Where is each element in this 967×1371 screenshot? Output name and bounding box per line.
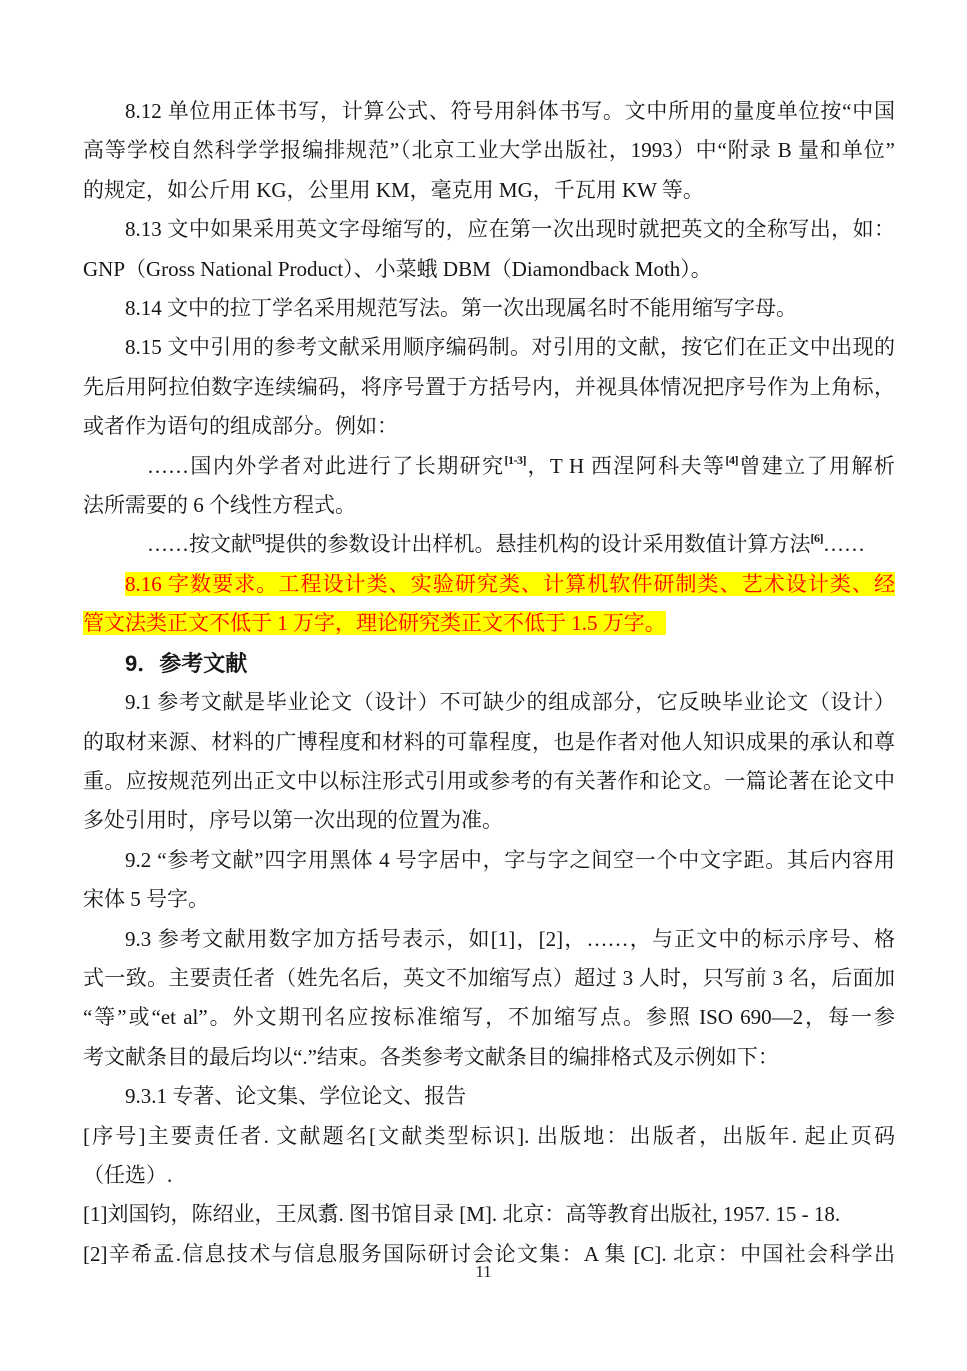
text-line: 8.12 单位用正体书写，计算公式、符号用斜体书写。文中所用的量度单位按“中国 (83, 92, 895, 131)
para-8-14: 8.14 文中的拉丁学名采用规范写法。第一次出现属名时不能用缩写字母。 (83, 289, 895, 328)
text-line-content: （任选）. (83, 1163, 172, 1187)
text-line: 法所需要的 6 个线性方程式。 (83, 486, 895, 525)
text-line-content: 8.16 字数要求。工程设计类、实验研究类、计算机软件研制类、艺术设计类、经 (125, 572, 895, 596)
text-line: 9.3.1 专著、论文集、学位论文、报告 (83, 1077, 895, 1116)
text-line: 8.14 文中的拉丁学名采用规范写法。第一次出现属名时不能用缩写字母。 (83, 289, 895, 328)
example-citation-1: ……国内外学者对此进行了长期研究[1-3]，T H 西涅阿科夫等[4]曾建立了用… (83, 447, 895, 526)
text-line-content: 重。应按规范列出正文中以标注形式引用或参考的有关著作和论文。一篇论著在论文中 (83, 769, 895, 793)
text-line: ……国内外学者对此进行了长期研究[1-3]，T H 西涅阿科夫等[4]曾建立了用… (83, 447, 895, 486)
text-line-content: 9．参考文献 (125, 651, 247, 676)
text-line-content: 先后用阿拉伯数字连续编码，将序号置于方括号内，并视具体情况把序号作为上角标， (83, 375, 895, 399)
text-line: 的取材来源、材料的广博程度和材料的可靠程度，也是作者对他人知识成果的承认和尊 (83, 723, 895, 762)
text-line: 9．参考文献 (83, 644, 895, 683)
citation-superscript: [4] (725, 453, 738, 467)
reference-format-spec: [序号]主要责任者. 文献题名[文献类型标识]. 出版地：出版者，出版年. 起止… (83, 1117, 895, 1196)
text-line-content: 法所需要的 6 个线性方程式。 (83, 493, 356, 517)
document-body: 8.12 单位用正体书写，计算公式、符号用斜体书写。文中所用的量度单位按“中国高… (83, 92, 895, 1274)
text-line-content: ……国内外学者对此进行了长期研究[1-3]，T H 西涅阿科夫等[4]曾建立了用… (147, 454, 895, 478)
citation-superscript: [1-3] (505, 453, 527, 467)
text-line-content: GNP（Gross National Product）、小菜蛾 DBM（Diam… (83, 257, 712, 281)
text-line-content: 8.13 文中如果采用英文字母缩写的，应在第一次出现时就把英文的全称写出，如： (125, 217, 895, 241)
text-line-content: 的规定，如公斤用 KG，公里用 KM，毫克用 MG，千瓦用 KW 等。 (83, 178, 704, 202)
para-8-12: 8.12 单位用正体书写，计算公式、符号用斜体书写。文中所用的量度单位按“中国高… (83, 92, 895, 210)
text-line-content: [1]刘国钧，陈绍业，王凤翥. 图书馆目录 [M]. 北京：高等教育出版社, 1… (83, 1202, 840, 1226)
text-line: 管文法类正文不低于 1 万字，理论研究类正文不低于 1.5 万字。 (83, 604, 895, 643)
text-line: 多处引用时，序号以第一次出现的位置为准。 (83, 801, 895, 840)
page-number: 11 (0, 1262, 967, 1282)
text-line: [1]刘国钧，陈绍业，王凤翥. 图书馆目录 [M]. 北京：高等教育出版社, 1… (83, 1195, 895, 1234)
example-citation-2: ……按文献[5]提供的参数设计出样机。悬挂机构的设计采用数值计算方法[6]…… (83, 525, 895, 564)
text-line-content: 宋体 5 号字。 (83, 887, 209, 911)
text-line-content: 9.3.1 专著、论文集、学位论文、报告 (125, 1084, 466, 1108)
text-line: 或者作为语句的组成部分。例如： (83, 407, 895, 446)
text-line-content: 多处引用时，序号以第一次出现的位置为准。 (83, 808, 503, 832)
text-line-content: “等”或“et al”。外文期刊名应按标准缩写，不加缩写点。参照 ISO 690… (83, 1005, 895, 1029)
text-line: “等”或“et al”。外文期刊名应按标准缩写，不加缩写点。参照 ISO 690… (83, 998, 895, 1037)
document-page: 8.12 单位用正体书写，计算公式、符号用斜体书写。文中所用的量度单位按“中国高… (0, 0, 967, 1371)
text-line-content: 9.1 参考文献是毕业论文（设计）不可缺少的组成部分，它反映毕业论文（设计） (125, 690, 895, 714)
text-line: 8.16 字数要求。工程设计类、实验研究类、计算机软件研制类、艺术设计类、经 (83, 565, 895, 604)
text-line: 重。应按规范列出正文中以标注形式引用或参考的有关著作和论文。一篇论著在论文中 (83, 762, 895, 801)
text-line: 高等学校自然科学学报编排规范”（北京工业大学出版社，1993）中“附录 B 量和… (83, 131, 895, 170)
text-line-content: 8.15 文中引用的参考文献采用顺序编码制。对引用的文献，按它们在正文中出现的 (125, 335, 895, 359)
text-line: ……按文献[5]提供的参数设计出样机。悬挂机构的设计采用数值计算方法[6]…… (83, 525, 895, 564)
text-line-content: 管文法类正文不低于 1 万字，理论研究类正文不低于 1.5 万字。 (83, 611, 666, 635)
para-8-13: 8.13 文中如果采用英文字母缩写的，应在第一次出现时就把英文的全称写出，如：G… (83, 210, 895, 289)
text-line: 8.15 文中引用的参考文献采用顺序编码制。对引用的文献，按它们在正文中出现的 (83, 328, 895, 367)
text-line: 8.13 文中如果采用英文字母缩写的，应在第一次出现时就把英文的全称写出，如： (83, 210, 895, 249)
para-8-16-highlighted: 8.16 字数要求。工程设计类、实验研究类、计算机软件研制类、艺术设计类、经管文… (83, 565, 895, 644)
text-line-content: 的取材来源、材料的广博程度和材料的可靠程度，也是作者对他人知识成果的承认和尊 (83, 730, 895, 754)
text-line-content: 9.3 参考文献用数字加方括号表示，如[1]，[2]，……，与正文中的标示序号、… (125, 927, 895, 951)
citation-superscript: [5] (252, 531, 265, 545)
text-line: 9.1 参考文献是毕业论文（设计）不可缺少的组成部分，它反映毕业论文（设计） (83, 683, 895, 722)
text-line: 宋体 5 号字。 (83, 880, 895, 919)
text-line-content: 式一致。主要责任者（姓先名后，英文不加缩写点）超过 3 人时，只写前 3 名，后… (83, 966, 895, 990)
citation-superscript: [6] (811, 531, 824, 545)
para-9-3-1: 9.3.1 专著、论文集、学位论文、报告 (83, 1077, 895, 1116)
text-line: 的规定，如公斤用 KG，公里用 KM，毫克用 MG，千瓦用 KW 等。 (83, 171, 895, 210)
text-line-content: 8.14 文中的拉丁学名采用规范写法。第一次出现属名时不能用缩写字母。 (125, 296, 797, 320)
text-line: GNP（Gross National Product）、小菜蛾 DBM（Diam… (83, 250, 895, 289)
text-line: （任选）. (83, 1156, 895, 1195)
para-9-1: 9.1 参考文献是毕业论文（设计）不可缺少的组成部分，它反映毕业论文（设计）的取… (83, 683, 895, 841)
text-line: 9.2 “参考文献”四字用黑体 4 号字居中，字与字之间空一个中文字距。其后内容… (83, 841, 895, 880)
text-line-content: ……按文献[5]提供的参数设计出样机。悬挂机构的设计采用数值计算方法[6]…… (147, 532, 865, 556)
heading-9-references: 9．参考文献 (83, 644, 895, 683)
text-line: 式一致。主要责任者（姓先名后，英文不加缩写点）超过 3 人时，只写前 3 名，后… (83, 959, 895, 998)
text-line: 9.3 参考文献用数字加方括号表示，如[1]，[2]，……，与正文中的标示序号、… (83, 920, 895, 959)
text-line-content: 考文献条目的最后均以“.”结束。各类参考文献条目的编排格式及示例如下： (83, 1045, 779, 1069)
text-line: [序号]主要责任者. 文献题名[文献类型标识]. 出版地：出版者，出版年. 起止… (83, 1117, 895, 1156)
para-8-15: 8.15 文中引用的参考文献采用顺序编码制。对引用的文献，按它们在正文中出现的先… (83, 328, 895, 446)
para-9-3: 9.3 参考文献用数字加方括号表示，如[1]，[2]，……，与正文中的标示序号、… (83, 920, 895, 1078)
text-line: 先后用阿拉伯数字连续编码，将序号置于方括号内，并视具体情况把序号作为上角标， (83, 368, 895, 407)
text-line-content: 9.2 “参考文献”四字用黑体 4 号字居中，字与字之间空一个中文字距。其后内容… (125, 848, 895, 872)
para-9-2: 9.2 “参考文献”四字用黑体 4 号字居中，字与字之间空一个中文字距。其后内容… (83, 841, 895, 920)
text-line-content: 高等学校自然科学学报编排规范”（北京工业大学出版社，1993）中“附录 B 量和… (83, 138, 895, 162)
reference-entry-1: [1]刘国钧，陈绍业，王凤翥. 图书馆目录 [M]. 北京：高等教育出版社, 1… (83, 1195, 895, 1234)
text-line-content: [序号]主要责任者. 文献题名[文献类型标识]. 出版地：出版者，出版年. 起止… (83, 1124, 895, 1148)
text-line-content: 或者作为语句的组成部分。例如： (83, 414, 398, 438)
text-line-content: 8.12 单位用正体书写，计算公式、符号用斜体书写。文中所用的量度单位按“中国 (125, 99, 895, 123)
text-line: 考文献条目的最后均以“.”结束。各类参考文献条目的编排格式及示例如下： (83, 1038, 895, 1077)
